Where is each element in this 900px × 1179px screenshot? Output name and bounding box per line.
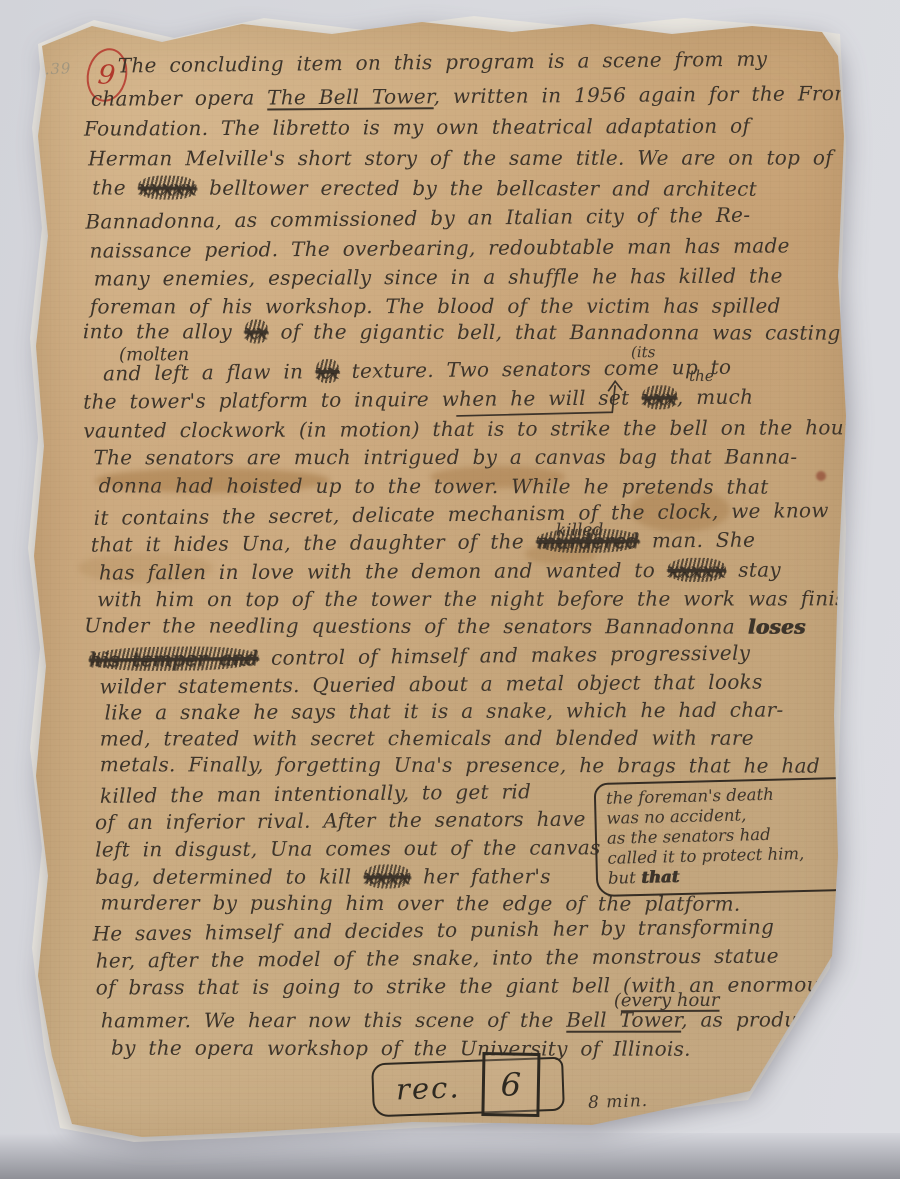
manuscript-line: donna had hoisted up to the tower. While…	[99, 473, 769, 498]
manuscript-line: into the alloy xx of the gigantic bell, …	[83, 319, 841, 344]
manuscript-line: med, treated with secret chemicals and b…	[100, 726, 754, 751]
manuscript-line: metals. Finally, forgetting Una's presen…	[100, 752, 820, 777]
manuscript-line: left in disgust, Una comes out of the ca…	[95, 835, 601, 861]
manuscript-line: Under the needling questions of the sena…	[84, 613, 805, 638]
manuscript-line: Bannadonna, as commissioned by an Italia…	[85, 203, 750, 234]
rec-box: rec. 6	[371, 1057, 565, 1118]
manuscript-line: hammer. We hear now this scene of the Be…	[101, 1007, 834, 1032]
manuscript-line: the tower's platform to inquire when he …	[83, 385, 753, 414]
manuscript-line: has fallen in love with the demon and wa…	[99, 558, 781, 585]
inline-insertion: the	[689, 367, 714, 385]
inline-insertion: killed	[556, 520, 604, 540]
manuscript-text: The concluding item on this program is a…	[30, 14, 861, 1144]
manuscript-line: the xxxxx belltower erected by the bellc…	[92, 175, 757, 200]
manuscript-line: like a snake he says that it is a snake,…	[105, 698, 784, 725]
manuscript-line: her, after the model of the snake, into …	[96, 943, 779, 972]
inline-insertion: (molten	[119, 344, 189, 365]
side-note-box: the foreman's deathwas no accident,as th…	[594, 777, 851, 897]
inline-insertion: (every hour	[614, 990, 720, 1011]
manuscript-line: his temper and control of himself and ma…	[89, 641, 750, 672]
manuscript-line: chamber opera The Bell Tower, written in…	[91, 81, 873, 111]
manuscript-line: it contains the secret, delicate mechani…	[94, 498, 829, 530]
manuscript-page: 4.39 9 The concluding item on this progr…	[32, 16, 858, 1142]
manuscript-line: of an inferior rival. After the senators…	[95, 807, 586, 835]
manuscript-line: naissance period. The overbearing, redou…	[89, 233, 789, 262]
manuscript-line: by the opera workshop of the University …	[111, 1036, 691, 1061]
manuscript-line: killed the man intentionally, to get rid	[100, 779, 531, 808]
rec-label: rec.	[395, 1070, 461, 1106]
inline-insertion: (its	[631, 343, 655, 361]
manuscript-line: The concluding item on this program is a…	[118, 47, 768, 78]
rec-number-box: 6	[481, 1052, 540, 1117]
manuscript-line: vaunted clockwork (in motion) that is to…	[83, 415, 858, 442]
manuscript-line: The senators are much intrigued by a can…	[93, 445, 797, 470]
scan-background: 4.39 9 The concluding item on this progr…	[0, 0, 900, 1179]
manuscript-line: with him on top of the tower the night b…	[97, 586, 891, 611]
manuscript-line: wilder statements. Queried about a metal…	[99, 670, 762, 699]
manuscript-line: Foundation. The libretto is my own theat…	[84, 114, 750, 141]
manuscript-line: bag, determined to kill xxxx her father'…	[95, 864, 551, 889]
manuscript-line: He saves himself and decides to punish h…	[92, 914, 774, 945]
side-note-line: but that	[608, 863, 840, 889]
manuscript-line: that it hides Una, the daughter of the m…	[91, 528, 756, 557]
paper-surface: 4.39 9 The concluding item on this progr…	[32, 16, 858, 1142]
manuscript-line: foreman of his workshop. The blood of th…	[90, 294, 781, 319]
manuscript-line: Herman Melville's short story of the sam…	[88, 145, 833, 170]
manuscript-line: many enemies, especially since in a shuf…	[94, 264, 783, 291]
rec-number: 6	[500, 1065, 521, 1103]
duration-note: 8 min.	[588, 1091, 649, 1113]
manuscript-line: of brass that is going to strike the gia…	[96, 972, 831, 999]
